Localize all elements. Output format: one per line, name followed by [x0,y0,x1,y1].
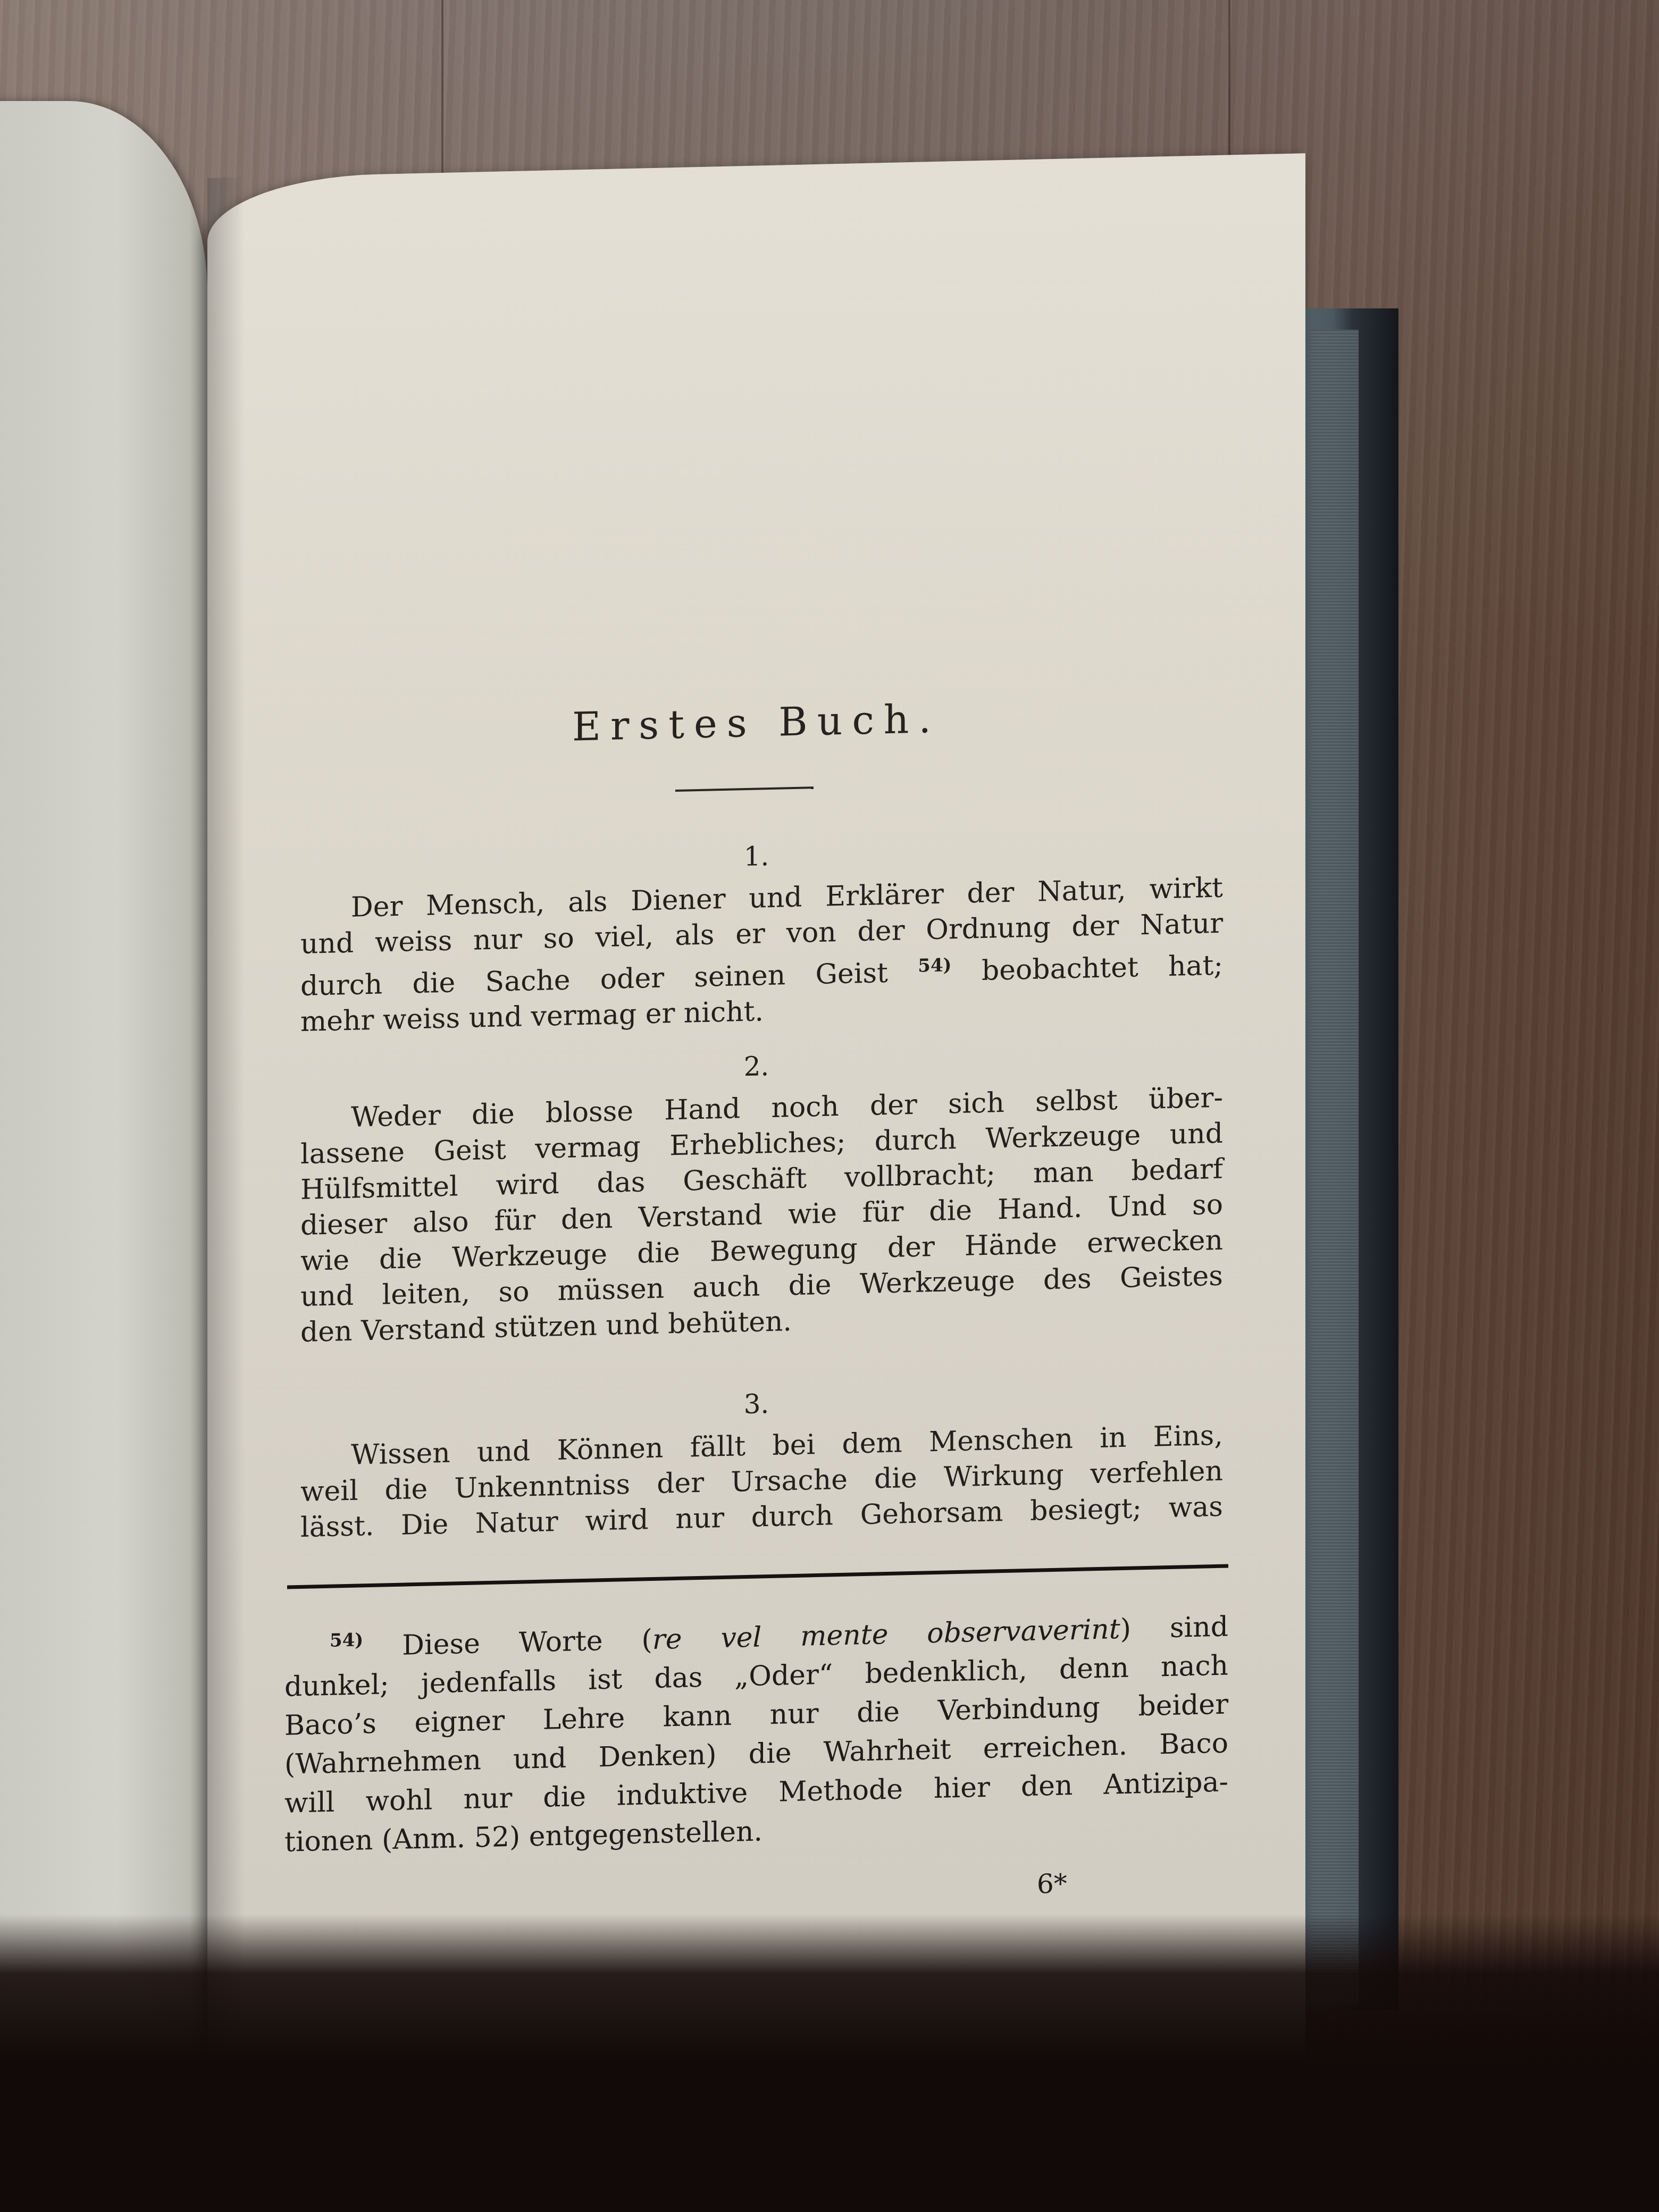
footnote-54: 54) Diese Worte (re vel mente observaver… [284,1601,1228,1862]
section-2-paragraph: Weder die blosse Hand noch der sich selb… [300,1080,1223,1351]
gutter-shadow [207,177,245,2092]
section-1-paragraph: Der Mensch, als Diener und Erklärer der … [300,870,1223,1040]
shadow-below-book [0,1914,1659,2212]
book-page: Erstes Buch. 1. Der Mensch, als Diener u… [207,153,1305,2092]
text-segment: Diese Worte ( [402,1624,652,1662]
footnote-separator [287,1564,1228,1589]
text-segment: ) sind [1120,1611,1228,1645]
heading-rule [675,786,814,792]
left-facing-page [0,101,207,2122]
footnote-reference[interactable]: 54) [918,954,951,976]
signature-mark: 6* [1037,1868,1067,1899]
chapter-heading: Erstes Buch. [207,688,1305,758]
section-3-paragraph: Wissen und Können fällt bei dem Menschen… [300,1418,1223,1546]
footnote-marker: 54) [330,1629,363,1651]
cover-cloth-edge [1311,330,1359,2005]
text-segment: beobachtet hat; [982,950,1223,987]
latin-quote: re vel mente observaverint [652,1613,1120,1656]
